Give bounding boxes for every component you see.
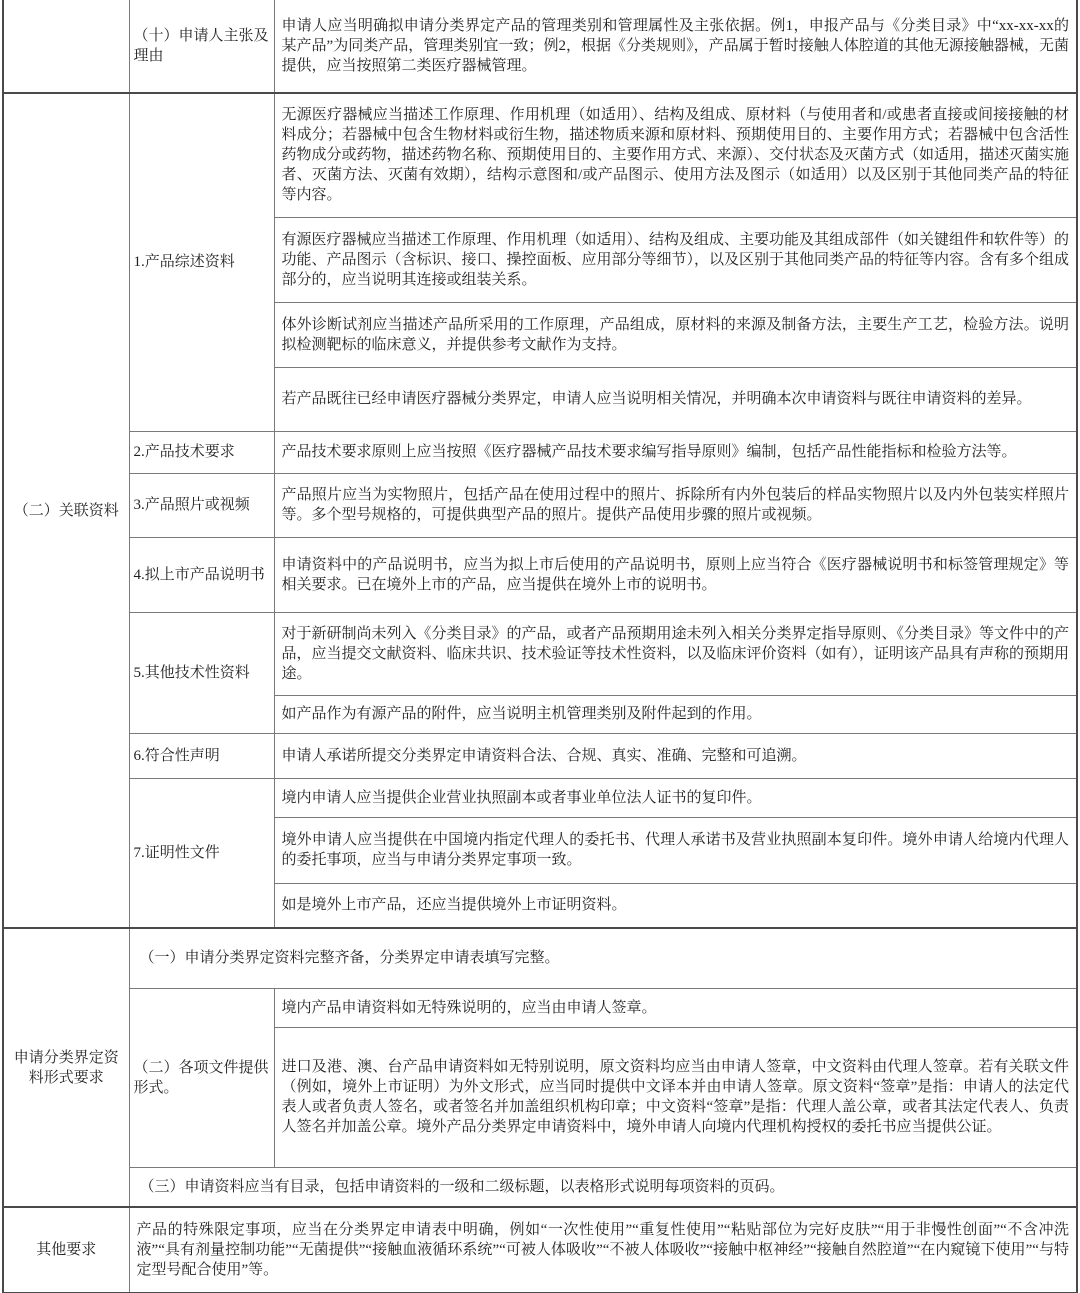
- overview-passive-paragraph: 无源医疗器械应当描述工作原理、作用机理（如适用）、结构及组成、原材料（与使用者和…: [274, 93, 1077, 217]
- row-photos-video: 3.产品照片或视频 产品照片应当为实物照片，包括产品在使用过程中的照片、拆除所有…: [3, 473, 1077, 537]
- compliance-paragraph: 申请人承诺所提交分类界定申请资料合法、合规、真实、准确、完整和可追溯。: [274, 733, 1077, 778]
- certificates-paragraph-2: 境外申请人应当提供在中国境内指定代理人的委托书、代理人承诺书及营业执照副本复印件…: [274, 817, 1077, 883]
- classification-requirements-table: （十）申请人主张及理由 申请人应当明确拟申请分类界定产品的管理类别和管理属性及主…: [2, 0, 1078, 1293]
- other-section-label: 其他要求: [3, 1207, 129, 1293]
- row-format-rule-1: 申请分类界定资料形式要求 （一）申请分类界定资料完整齐备，分类界定申请表填写完整…: [3, 928, 1077, 988]
- row-format-rule-3: （三）申请资料应当有目录，包括申请资料的一级和二级标题，以表格形式说明每项资料的…: [3, 1167, 1077, 1207]
- certificates-paragraph-3: 如是境外上市产品，还应当提供境外上市证明资料。: [274, 883, 1077, 928]
- overview-ivd-paragraph: 体外诊断试剂应当描述产品所采用的工作原理，产品组成，原材料的来源及制备方法，主要…: [274, 302, 1077, 367]
- related-section-label: （二）关联资料: [3, 93, 129, 928]
- row-overview-passive: （二）关联资料 1.产品综述资料 无源医疗器械应当描述工作原理、作用机理（如适用…: [3, 93, 1077, 217]
- format-rule-2-label: （二）各项文件提供形式。: [129, 988, 274, 1167]
- row-compliance: 6.符合性声明 申请人承诺所提交分类界定申请资料合法、合规、真实、准确、完整和可…: [3, 733, 1077, 778]
- overview-prior-paragraph: 若产品既往已经申请医疗器械分类界定，申请人应当说明相关情况，并明确本次申请资料与…: [274, 367, 1077, 431]
- row-certificates-1: 7.证明性文件 境内申请人应当提供企业营业执照副本或者事业单位法人证书的复印件。: [3, 778, 1077, 817]
- row-other-technical-1: 5.其他技术性资料 对于新研制尚未列入《分类目录》的产品，或者产品预期用途未列入…: [3, 612, 1077, 695]
- item-tech-label: 2.产品技术要求: [129, 431, 274, 473]
- row-applicant-claim: （十）申请人主张及理由 申请人应当明确拟申请分类界定产品的管理类别和管理属性及主…: [3, 0, 1077, 93]
- photos-video-paragraph: 产品照片应当为实物照片，包括产品在使用过程中的照片、拆除所有内外包装后的样品实物…: [274, 473, 1077, 537]
- item-photos-label: 3.产品照片或视频: [129, 473, 274, 537]
- other-requirements-content: 产品的特殊限定事项，应当在分类界定申请表中明确，例如“一次性使用”“重复性使用”…: [129, 1207, 1077, 1293]
- manual-paragraph: 申请资料中的产品说明书，应当为拟上市后使用的产品说明书，原则上应当符合《医疗器械…: [274, 537, 1077, 612]
- row-format-rule-2a: （二）各项文件提供形式。 境内产品申请资料如无特殊说明的，应当由申请人签章。: [3, 988, 1077, 1027]
- item-overview-label: 1.产品综述资料: [129, 93, 274, 431]
- format-rule-3: （三）申请资料应当有目录，包括申请资料的一级和二级标题，以表格形式说明每项资料的…: [129, 1167, 1077, 1207]
- format-rule-2-paragraph-2: 进口及港、澳、台产品申请资料如无特别说明，原文资料均应当由申请人签章，中文资料由…: [274, 1027, 1077, 1167]
- certificates-paragraph-1: 境内申请人应当提供企业营业执照副本或者事业单位法人证书的复印件。: [274, 778, 1077, 817]
- claim-row-content: 申请人应当明确拟申请分类界定产品的管理类别和管理属性及主张依据。例1，申报产品与…: [274, 0, 1077, 93]
- item-compliance-label: 6.符合性声明: [129, 733, 274, 778]
- item-other-technical-label: 5.其他技术性资料: [129, 612, 274, 733]
- continuation-empty-cell: [3, 0, 129, 93]
- row-other-requirements: 其他要求 产品的特殊限定事项，应当在分类界定申请表中明确，例如“一次性使用”“重…: [3, 1207, 1077, 1293]
- other-technical-paragraph-1: 对于新研制尚未列入《分类目录》的产品，或者产品预期用途未列入相关分类界定指导原则…: [274, 612, 1077, 695]
- document-page: （十）申请人主张及理由 申请人应当明确拟申请分类界定产品的管理类别和管理属性及主…: [0, 0, 1080, 1293]
- tech-requirements-paragraph: 产品技术要求原则上应当按照《医疗器械产品技术要求编写指导原则》编制，包括产品性能…: [274, 431, 1077, 473]
- row-manual: 4.拟上市产品说明书 申请资料中的产品说明书，应当为拟上市后使用的产品说明书，原…: [3, 537, 1077, 612]
- format-rule-2-paragraph-1: 境内产品申请资料如无特殊说明的，应当由申请人签章。: [274, 988, 1077, 1027]
- overview-active-paragraph: 有源医疗器械应当描述工作原理、作用机理（如适用）、结构及组成、主要功能及其组成部…: [274, 217, 1077, 302]
- item-certificates-label: 7.证明性文件: [129, 778, 274, 928]
- claim-row-label: （十）申请人主张及理由: [129, 0, 274, 93]
- row-tech-requirements: 2.产品技术要求 产品技术要求原则上应当按照《医疗器械产品技术要求编写指导原则》…: [3, 431, 1077, 473]
- item-manual-label: 4.拟上市产品说明书: [129, 537, 274, 612]
- format-section-label: 申请分类界定资料形式要求: [3, 928, 129, 1207]
- format-rule-1: （一）申请分类界定资料完整齐备，分类界定申请表填写完整。: [129, 928, 1077, 988]
- other-technical-paragraph-2: 如产品作为有源产品的附件，应当说明主机管理类别及附件起到的作用。: [274, 695, 1077, 733]
